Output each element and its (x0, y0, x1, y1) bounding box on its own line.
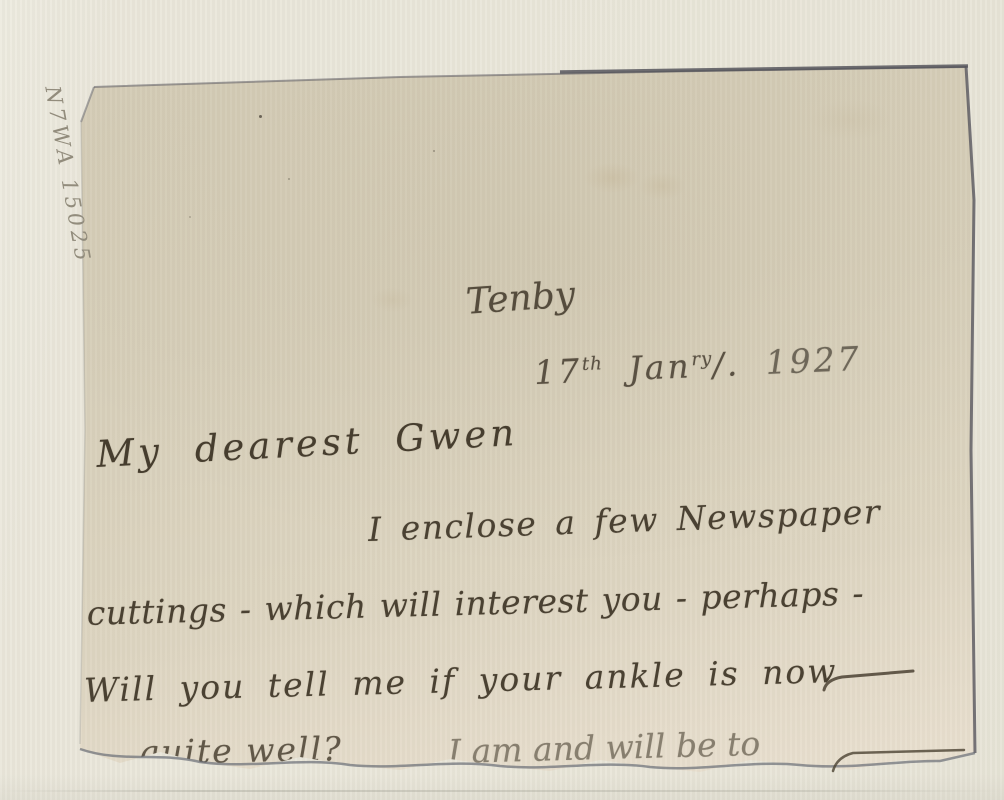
letter-salutation: My dearest Gwen (95, 411, 519, 476)
letter-date: 17th Janry/. 1927 (533, 339, 862, 392)
ink-speck (189, 216, 191, 218)
date-year: 1927 (765, 339, 863, 382)
body-line-1: I enclose a few Newspaper (367, 492, 881, 549)
date-day: 17 (533, 351, 583, 392)
ink-speck (259, 115, 262, 118)
backing-bottom-shadow (0, 774, 1004, 800)
ink-speck (288, 178, 290, 180)
date-month: Jan (628, 346, 693, 388)
scanned-letter-page: Tenby 17th Janry/. 1927 My dearest Gwen … (0, 0, 1004, 800)
ink-speck (433, 150, 435, 152)
body-line-3: Will you tell me if your ankle is now (84, 651, 838, 710)
letter-place: Tenby (465, 274, 577, 323)
date-day-suffix: th (581, 353, 603, 375)
date-month-suffix: ry (691, 348, 713, 370)
body-line-4-right: I am and will be to (448, 724, 761, 771)
body-line-2: - cuttings - which will interest you - p… (62, 574, 865, 634)
letter-paper: Tenby 17th Janry/. 1927 My dearest Gwen … (0, 0, 1004, 800)
date-separator: /. (712, 344, 741, 384)
body-line-4-left: quite well? (138, 729, 343, 772)
